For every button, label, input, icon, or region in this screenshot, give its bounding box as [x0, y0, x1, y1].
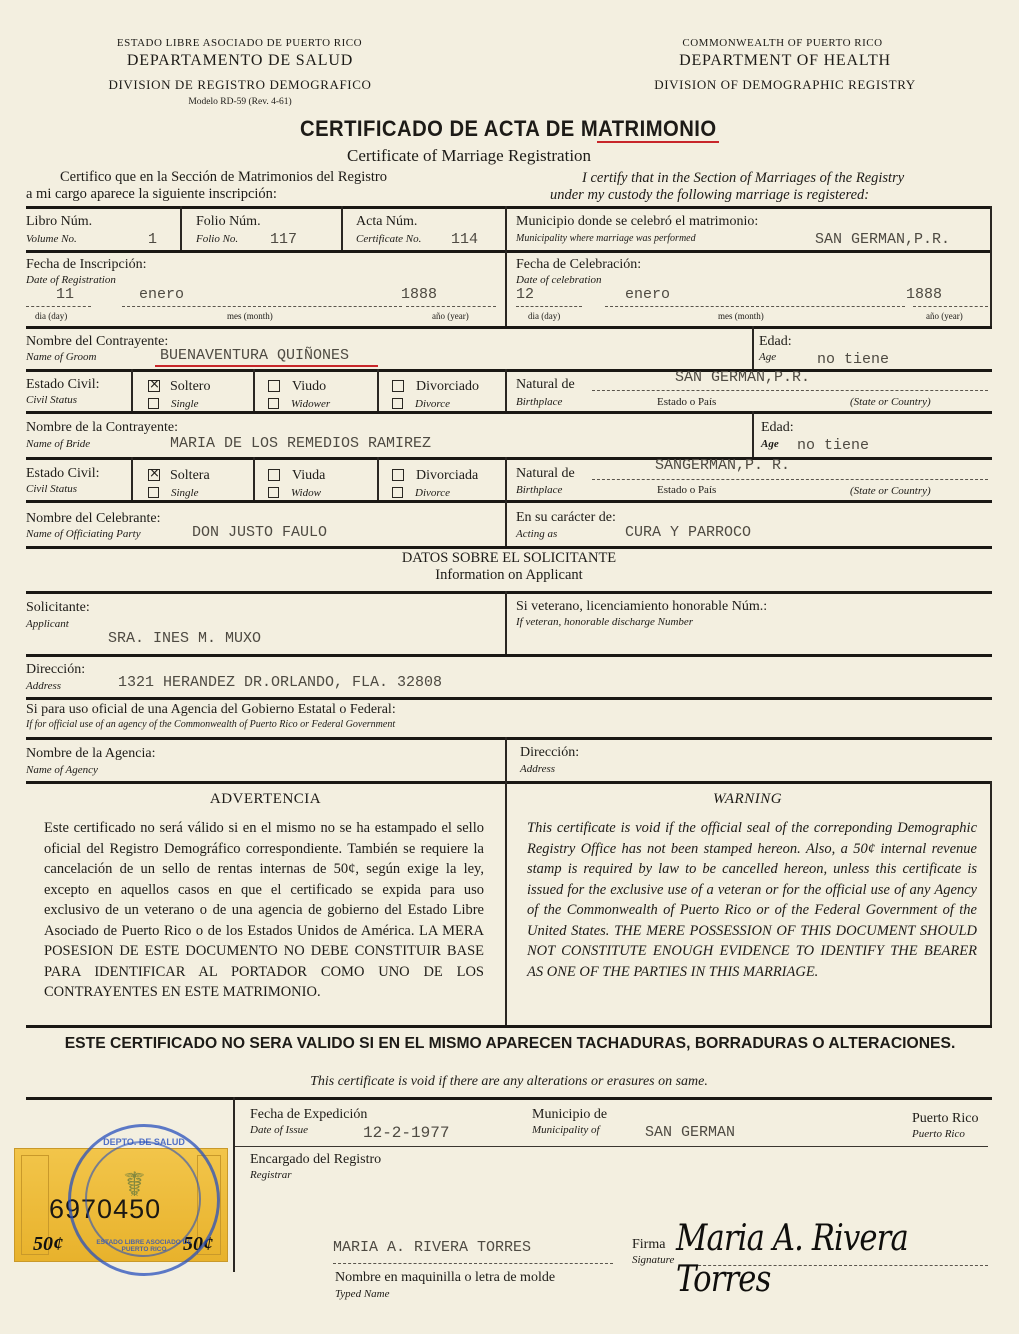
- groom-birth-mid: Estado o País: [657, 396, 716, 408]
- void-notice-es: ESTE CERTIFICADO NO SERA VALIDO SI EN EL…: [40, 1034, 981, 1053]
- divider: [377, 369, 379, 411]
- divider: [377, 457, 379, 500]
- groom-widower-checkbox[interactable]: [268, 380, 280, 392]
- bride-birth-right: (State or Country): [850, 485, 931, 497]
- celebration-day-caption: dia (day): [528, 311, 560, 321]
- bride-widow-label: Viuda: [292, 468, 325, 483]
- checkbox-icon[interactable]: [268, 398, 279, 409]
- header-left-line2: DEPARTAMENTO DE SALUD: [95, 52, 385, 70]
- celebration-day: 12: [516, 286, 534, 303]
- issue-country: Puerto Rico: [912, 1111, 979, 1126]
- celebration-year: 1888: [906, 286, 942, 303]
- bride-option-widow[interactable]: Viuda: [268, 466, 325, 484]
- bride-single-checkbox[interactable]: [148, 469, 160, 481]
- groom-birthplace: SAN GERMAN,P.R.: [675, 369, 810, 386]
- bride-civil-label: Estado Civil:: [26, 466, 100, 481]
- divider: [505, 457, 507, 500]
- bride-civil-sublabel: Civil Status: [26, 483, 77, 495]
- officiant-name: DON JUSTO FAULO: [192, 524, 327, 541]
- bride-birthplace: SANGERMAN,P. R.: [655, 457, 790, 474]
- rule: [233, 1146, 988, 1147]
- bride-widow-checkbox[interactable]: [268, 469, 280, 481]
- registration-year: 1888: [401, 286, 437, 303]
- groom-option-widower-en: Widower: [268, 394, 330, 412]
- divider: [505, 737, 507, 1025]
- divider: [752, 411, 754, 457]
- typed-name-sublabel: Typed Name: [335, 1288, 389, 1300]
- dotline: [592, 479, 988, 480]
- issue-municipality-label: Municipio de: [532, 1107, 607, 1122]
- registration-year-caption: año (year): [432, 311, 469, 321]
- void-notice-en: This certificate is void if there are an…: [26, 1074, 992, 1090]
- rule: [26, 250, 992, 253]
- officiant-role-label: En su carácter de:: [516, 510, 616, 525]
- divider: [131, 457, 133, 500]
- divider: [180, 206, 182, 250]
- bride-option-widow-en: Widow: [268, 483, 321, 501]
- dotline: [605, 306, 905, 307]
- header-left-line3: DIVISION DE REGISTRO DEMOGRAFICO: [90, 77, 390, 93]
- bride-divorced-checkbox[interactable]: [392, 469, 404, 481]
- rule: [26, 546, 992, 549]
- groom-divorced-sublabel: Divorce: [415, 398, 450, 410]
- bride-single-label: Soltera: [170, 468, 210, 483]
- intro-en-1: I certify that in the Section of Marriag…: [582, 170, 904, 187]
- page-title-part1: CERTIFICADO DE ACTA DE: [300, 116, 581, 141]
- volume-value: 1: [148, 231, 157, 248]
- registration-day-caption: dia (day): [35, 311, 67, 321]
- veteran-label: Si veterano, licenciamiento honorable Nú…: [516, 599, 767, 614]
- page-subtitle: Certificate of Marriage Registration: [347, 146, 591, 166]
- divider: [253, 369, 255, 411]
- applicant-address: 1321 HERANDEZ DR.ORLANDO, FLA. 32808: [118, 674, 442, 691]
- page-title: CERTIFICADO DE ACTA DE MATRIMONIO: [300, 116, 717, 142]
- rule: [26, 654, 992, 657]
- applicant-name: SRA. INES M. MUXO: [108, 630, 261, 647]
- divider: [505, 500, 507, 546]
- header-right-line2: DEPARTMENT OF HEALTH: [640, 52, 930, 70]
- rule: [26, 737, 992, 740]
- bride-birth-sublabel: Birthplace: [516, 484, 562, 496]
- groom-name-sublabel: Name of Groom: [26, 351, 96, 363]
- groom-name-label: Nombre del Contrayente:: [26, 334, 168, 349]
- rule: [26, 1025, 992, 1028]
- groom-age: no tiene: [817, 351, 889, 368]
- checkbox-icon[interactable]: [268, 487, 279, 498]
- divider: [990, 206, 992, 326]
- dotline: [122, 306, 402, 307]
- municipality-sublabel: Municipality where marriage was performe…: [516, 233, 696, 245]
- applicant-sublabel: Applicant: [26, 618, 69, 630]
- groom-birth-label: Natural de: [516, 377, 575, 392]
- bride-divorced-sublabel: Divorce: [415, 487, 450, 499]
- rule: [26, 591, 992, 594]
- municipality-label: Municipio donde se celebró el matrimonio…: [516, 214, 758, 229]
- groom-age-label: Edad:: [759, 334, 792, 349]
- folio-value: 117: [270, 231, 297, 248]
- agency-name-label: Nombre de la Agencia:: [26, 746, 155, 761]
- divider: [233, 1097, 235, 1272]
- registrar-sublabel: Registrar: [250, 1169, 292, 1181]
- officiant-label: Nombre del Celebrante:: [26, 511, 161, 526]
- applicant-section-title: DATOS SOBRE EL SOLICITANTE: [26, 550, 992, 567]
- official-use-label: Si para uso oficial de una Agencia del G…: [26, 702, 396, 717]
- registrar-name: MARIA A. RIVERA TORRES: [333, 1239, 531, 1256]
- address-sublabel: Address: [26, 680, 61, 692]
- celebration-date-label: Fecha de Celebración:: [516, 257, 641, 272]
- form-model-number: Modelo RD-59 (Rev. 4-61): [160, 97, 320, 107]
- certificate-value: 114: [451, 231, 478, 248]
- bride-name: MARIA DE LOS REMEDIOS RAMIREZ: [170, 435, 431, 452]
- registrar-label: Encargado del Registro: [250, 1152, 381, 1167]
- celebration-month: enero: [625, 286, 670, 303]
- checkbox-icon[interactable]: [392, 398, 403, 409]
- groom-divorced-label: Divorciado: [416, 379, 479, 394]
- divider: [341, 206, 343, 250]
- dotline: [406, 306, 496, 307]
- groom-age-sublabel: Age: [759, 351, 776, 363]
- divider: [505, 206, 507, 326]
- groom-single-sublabel: Single: [171, 398, 199, 410]
- issue-country-sublabel: Puerto Rico: [912, 1128, 965, 1140]
- groom-red-underline: [155, 365, 378, 367]
- registration-month-caption: mes (month): [227, 311, 273, 321]
- issue-municipality: SAN GERMAN: [645, 1124, 735, 1141]
- applicant-section-subtitle: Information on Applicant: [26, 567, 992, 584]
- groom-birth-right: (State or Country): [850, 396, 931, 408]
- seal-top-text: DEPTO. DE SALUD: [89, 1137, 199, 1147]
- issue-date: 12-2-1977: [363, 1124, 449, 1142]
- intro-es-2: a mi cargo aparece la siguiente inscripc…: [26, 186, 277, 203]
- rule: [26, 781, 992, 784]
- applicant-label: Solicitante:: [26, 600, 90, 615]
- groom-single-checkbox[interactable]: [148, 380, 160, 392]
- warning-en-text: This certificate is void if the official…: [527, 818, 977, 982]
- veteran-sublabel: If veteran, honorable discharge Number: [516, 616, 693, 628]
- rule: [26, 326, 992, 329]
- bride-option-single[interactable]: Soltera: [148, 466, 210, 484]
- bride-birth-mid: Estado o País: [657, 484, 716, 496]
- rule: [26, 369, 992, 372]
- volume-sublabel: Volume No.: [26, 233, 77, 245]
- volume-label: Libro Núm.: [26, 214, 92, 229]
- agency-address-label: Dirección:: [520, 745, 579, 760]
- registration-month: enero: [139, 286, 184, 303]
- official-use-sublabel: If for official use of an agency of the …: [26, 719, 395, 731]
- signature-sublabel: Signature: [632, 1254, 674, 1266]
- groom-option-single-en: Single: [148, 394, 199, 412]
- registrar-signature: Maria A. Rivera Torres: [676, 1218, 968, 1300]
- celebration-month-caption: mes (month): [718, 311, 764, 321]
- folio-label: Folio Núm.: [196, 214, 261, 229]
- groom-name: BUENAVENTURA QUIÑONES: [160, 347, 349, 364]
- seal-caduceus-icon: ☤: [123, 1165, 146, 1205]
- groom-single-label: Soltero: [170, 379, 210, 394]
- divider: [752, 326, 754, 369]
- header-right-line3: DIVISION OF DEMOGRAPHIC REGISTRY: [635, 77, 935, 93]
- bride-age-sublabel: Age: [761, 438, 779, 450]
- groom-divorced-checkbox[interactable]: [392, 380, 404, 392]
- divider: [505, 369, 507, 411]
- groom-civil-label: Estado Civil:: [26, 377, 100, 392]
- header-left-line1: ESTADO LIBRE ASOCIADO DE PUERTO RICO: [112, 37, 367, 49]
- groom-option-divorced[interactable]: Divorciado: [392, 377, 479, 395]
- folio-sublabel: Folio No.: [196, 233, 238, 245]
- groom-option-widower[interactable]: Viudo: [268, 377, 326, 395]
- checkbox-icon[interactable]: [148, 398, 159, 409]
- bride-birth-label: Natural de: [516, 466, 575, 481]
- bride-option-divorced-en: Divorce: [392, 483, 450, 501]
- groom-option-divorced-en: Divorce: [392, 394, 450, 412]
- header-right-line1: COMMONWEALTH OF PUERTO RICO: [660, 37, 905, 49]
- bride-single-sublabel: Single: [171, 487, 199, 499]
- warning-es-title: ADVERTENCIA: [26, 791, 505, 808]
- certificate-sublabel: Certificate No.: [356, 233, 421, 245]
- rule: [26, 1097, 992, 1100]
- groom-widower-sublabel: Widower: [291, 398, 330, 410]
- dotline: [592, 390, 988, 391]
- stamp-value-left: 50¢: [33, 1233, 63, 1256]
- seal-bottom-text: ESTADO LIBRE ASOCIADO DE PUERTO RICO: [89, 1239, 199, 1253]
- celebration-year-caption: año (year): [926, 311, 963, 321]
- rule: [26, 206, 992, 209]
- warning-es-text: Este certificado no será válido si en el…: [44, 818, 484, 1003]
- divider: [253, 457, 255, 500]
- rule: [26, 457, 992, 460]
- divider: [990, 781, 992, 1025]
- dotline: [913, 306, 988, 307]
- officiant-role: CURA Y PARROCO: [625, 524, 751, 541]
- bride-option-single-en: Single: [148, 483, 199, 501]
- address-label: Dirección:: [26, 662, 85, 677]
- signature-label: Firma: [632, 1237, 665, 1252]
- officiant-sublabel: Name of Officiating Party: [26, 528, 141, 540]
- warning-en-title: WARNING: [505, 791, 990, 808]
- municipality-value: SAN GERMAN,P.R.: [815, 231, 950, 248]
- registration-day: 11: [56, 286, 74, 303]
- groom-birth-sublabel: Birthplace: [516, 396, 562, 408]
- intro-en-2: under my custody the following marriage …: [550, 187, 869, 204]
- dotline: [333, 1263, 613, 1264]
- registration-date-sublabel: Date of Registration: [26, 274, 116, 286]
- groom-widower-label: Viudo: [292, 379, 326, 394]
- dotline: [26, 306, 91, 307]
- agency-name-sublabel: Name of Agency: [26, 764, 98, 776]
- divider: [505, 591, 507, 654]
- official-seal: DEPTO. DE SALUD ☤ ESTADO LIBRE ASOCIADO …: [68, 1124, 220, 1276]
- groom-civil-sublabel: Civil Status: [26, 394, 77, 406]
- rule: [26, 697, 992, 700]
- issue-date-label: Fecha de Expedición: [250, 1107, 367, 1122]
- title-red-underline: [597, 141, 719, 143]
- issue-date-sublabel: Date of Issue: [250, 1124, 308, 1136]
- typed-name-label: Nombre en maquinilla o letra de molde: [335, 1270, 555, 1285]
- dotline: [516, 306, 582, 307]
- agency-address-sublabel: Address: [520, 763, 555, 775]
- bride-widow-sublabel: Widow: [291, 487, 321, 499]
- certificate-label: Acta Núm.: [356, 214, 417, 229]
- registration-date-label: Fecha de Inscripción:: [26, 257, 147, 272]
- checkbox-icon[interactable]: [148, 487, 159, 498]
- page-title-part2: MATRIMONIO: [581, 116, 717, 141]
- divider: [131, 369, 133, 411]
- bride-name-sublabel: Name of Bride: [26, 438, 90, 450]
- checkbox-icon[interactable]: [392, 487, 403, 498]
- bride-age: no tiene: [797, 437, 869, 454]
- celebration-date-sublabel: Date of celebration: [516, 274, 602, 286]
- bride-age-label: Edad:: [761, 420, 794, 435]
- issue-municipality-sublabel: Municipality of: [532, 1124, 600, 1136]
- bride-divorced-label: Divorciada: [416, 468, 478, 483]
- groom-option-single[interactable]: Soltero: [148, 377, 210, 395]
- bride-name-label: Nombre de la Contrayente:: [26, 420, 178, 435]
- intro-es-1: Certifico que en la Sección de Matrimoni…: [60, 169, 387, 186]
- bride-option-divorced[interactable]: Divorciada: [392, 466, 478, 484]
- officiant-role-sublabel: Acting as: [516, 528, 557, 540]
